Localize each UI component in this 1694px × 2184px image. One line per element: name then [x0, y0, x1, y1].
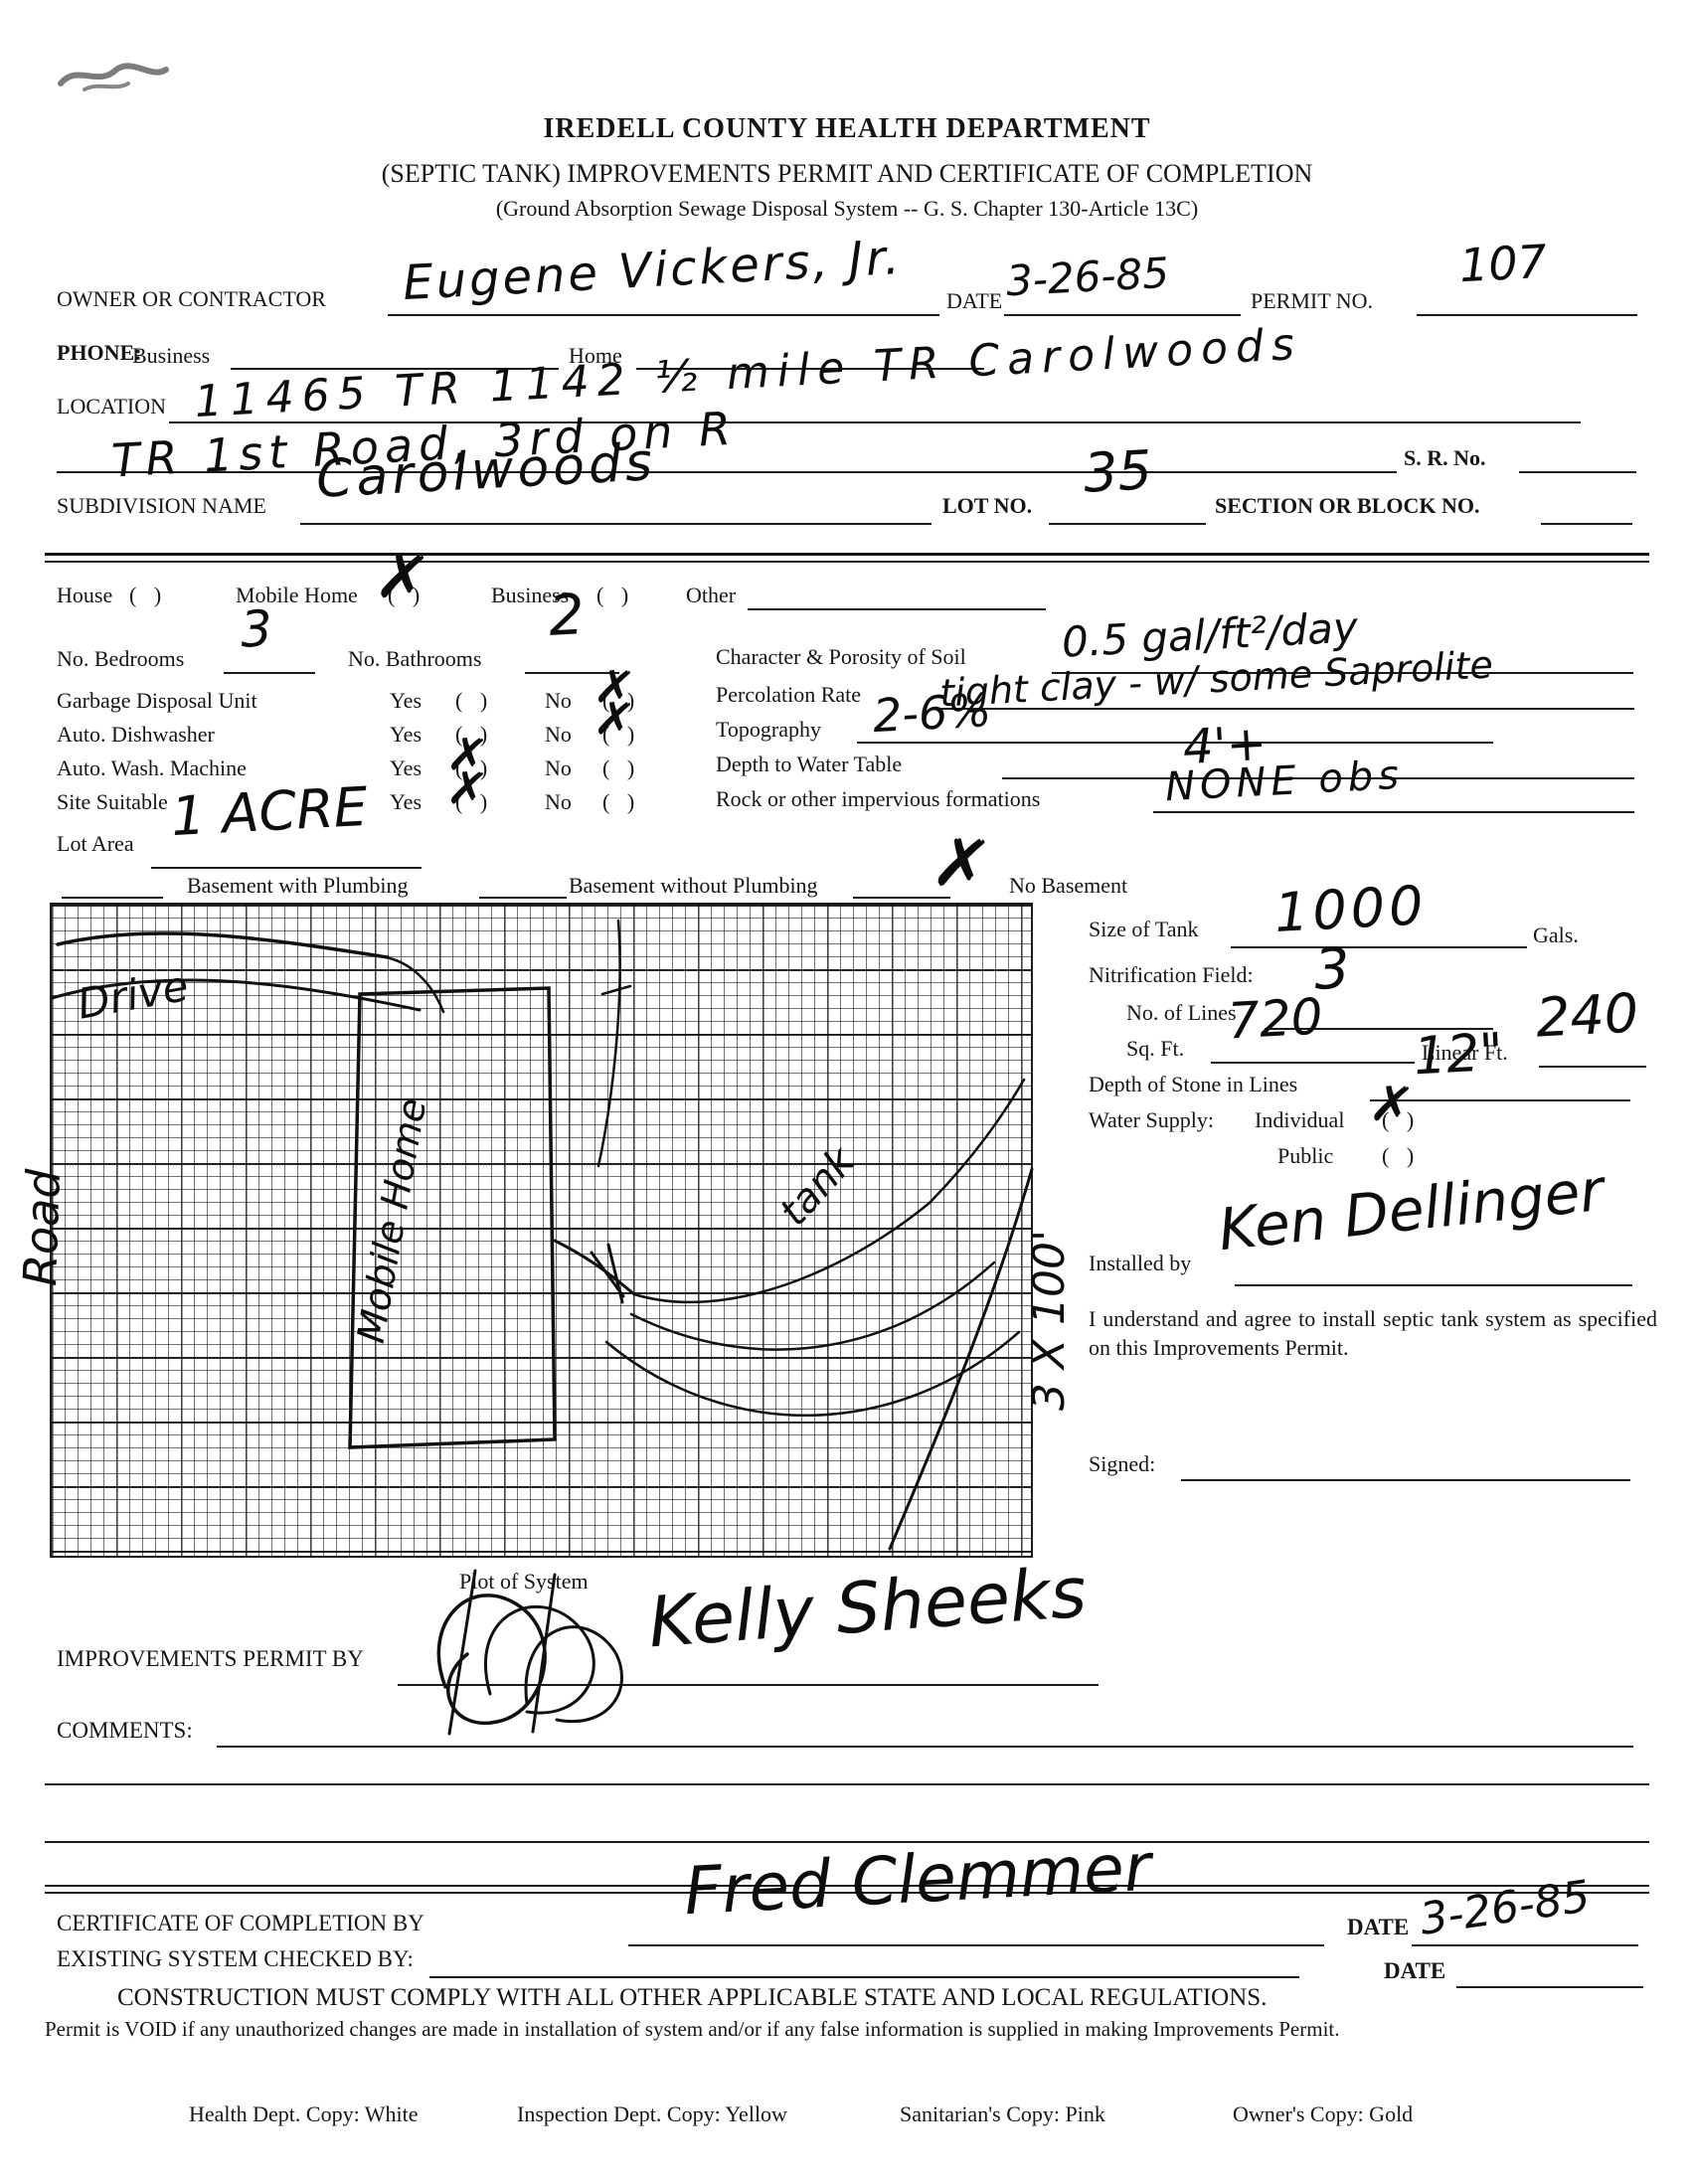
- phone-business-label: Business: [132, 343, 210, 369]
- no-basement-label: No Basement: [1009, 873, 1127, 899]
- appliance-label: Garbage Disposal Unit: [57, 688, 257, 714]
- no-label: No: [545, 756, 572, 781]
- linear-ft-value: 240: [1535, 986, 1640, 1045]
- sq-ft-value: 720: [1227, 992, 1324, 1047]
- stone-depth-label: Depth of Stone in Lines: [1089, 1072, 1297, 1097]
- existing-date-line: [1456, 1986, 1643, 1988]
- no-of-lines-label: No. of Lines: [1126, 1000, 1237, 1026]
- soil-label: Rock or other impervious formations: [716, 786, 1040, 812]
- tank-size-line: [1231, 946, 1527, 948]
- no-label: No: [545, 688, 572, 714]
- completion-by-line: [628, 1944, 1324, 1946]
- usage-other-line: [748, 608, 1046, 610]
- tank-size-label: Size of Tank: [1089, 917, 1198, 942]
- water-public-label: Public: [1277, 1143, 1333, 1169]
- soil-line: [857, 742, 1493, 744]
- plot-sketch: Drive Mobile Home tank 3 X 100': [50, 903, 1094, 1554]
- no-checkbox: ( ): [602, 789, 640, 815]
- usage-house-label: House: [57, 583, 112, 608]
- lot-no-label: LOT NO.: [942, 493, 1032, 519]
- page-title: IREDELL COUNTY HEALTH DEPARTMENT: [0, 113, 1694, 145]
- completion-date-label: DATE: [1347, 1915, 1409, 1940]
- date-line: [1004, 314, 1241, 316]
- location-label: LOCATION: [57, 394, 166, 420]
- lot-no-line: [1049, 523, 1206, 525]
- water-individual-mark: ✗: [1367, 1077, 1417, 1134]
- linear-ft-line: [1539, 1066, 1646, 1068]
- soil-label: Topography: [716, 717, 821, 743]
- subdivision-label: SUBDIVISION NAME: [57, 493, 266, 519]
- compliance-statement: CONSTRUCTION MUST COMPLY WITH ALL OTHER …: [117, 1984, 1267, 2012]
- owner-label: OWNER OR CONTRACTOR: [57, 286, 326, 312]
- tank-label: tank: [771, 1137, 866, 1235]
- void-statement: Permit is VOID if any unauthorized chang…: [45, 2016, 1673, 2044]
- no-basement-mark: ✗: [928, 825, 995, 902]
- section-line: [1541, 523, 1632, 525]
- installer-agreement-text: I understand and agree to install septic…: [1089, 1304, 1657, 1362]
- sr-no-label: S. R. No.: [1404, 445, 1486, 471]
- soil-line: [1153, 811, 1634, 813]
- mobile-home-label: Mobile Home: [349, 1094, 435, 1346]
- water-public-checkbox: ( ): [1382, 1143, 1420, 1169]
- soil-value: NONE obs: [1164, 756, 1405, 808]
- blank-line: [45, 1841, 1649, 1843]
- sq-ft-label: Sq. Ft.: [1126, 1036, 1184, 1062]
- completion-by-signature: Fred Clemmer: [683, 1835, 1153, 1926]
- permit-no-line: [1417, 314, 1637, 316]
- divider-rule-2: [45, 561, 1649, 563]
- existing-date-label: DATE: [1384, 1958, 1445, 1984]
- divider-rule: [45, 553, 1649, 556]
- page-subtitle-2: (Ground Absorption Sewage Disposal Syste…: [0, 196, 1694, 222]
- soil-label: Percolation Rate: [716, 682, 861, 708]
- water-individual-label: Individual: [1255, 1107, 1344, 1133]
- phone-label: PHONE:: [57, 340, 142, 366]
- yes-label: Yes: [390, 688, 422, 714]
- stone-depth-value: 12": [1413, 1027, 1505, 1084]
- copy-note: Health Dept. Copy: White: [189, 2101, 419, 2127]
- improvements-permit-by-signature: Kelly Sheeks: [646, 1558, 1089, 1658]
- section-label: SECTION OR BLOCK NO.: [1215, 493, 1480, 519]
- owner-value: Eugene Vickers, Jr.: [402, 234, 904, 307]
- copy-note: Sanitarian's Copy: Pink: [900, 2101, 1105, 2127]
- yes-label: Yes: [390, 722, 422, 748]
- gals-label: Gals.: [1533, 923, 1579, 948]
- improvements-permit-by-label: IMPROVEMENTS PERMIT BY: [57, 1646, 364, 1672]
- yes-checkbox: ( ): [455, 688, 493, 714]
- basement-with-label: Basement with Plumbing: [187, 873, 408, 899]
- date-value: 3-26-85: [1005, 252, 1170, 303]
- signed-line: [1181, 1479, 1630, 1481]
- subdivision-line: [300, 523, 932, 525]
- no-label: No: [545, 722, 572, 748]
- sq-ft-line: [1211, 1062, 1415, 1064]
- tank-size-value: 1000: [1273, 879, 1429, 940]
- installed-by-signature: Ken Dellinger: [1216, 1161, 1607, 1259]
- scanned-permit-form: IREDELL COUNTY HEALTH DEPARTMENT (SEPTIC…: [0, 0, 1694, 2184]
- date-label: DATE: [946, 288, 1002, 314]
- blank-line: [45, 1783, 1649, 1785]
- signed-label: Signed:: [1089, 1451, 1155, 1477]
- usage-house-checkbox: ( ): [129, 583, 167, 608]
- existing-system-line: [429, 1976, 1299, 1978]
- appliance-label: Auto. Wash. Machine: [57, 756, 247, 781]
- page-subtitle: (SEPTIC TANK) IMPROVEMENTS PERMIT AND CE…: [0, 159, 1694, 189]
- no-label: No: [545, 789, 572, 815]
- bathrooms-label: No. Bathrooms: [348, 646, 481, 672]
- bedrooms-line: [224, 672, 315, 674]
- lot-no-value: 35: [1083, 443, 1153, 501]
- scribbled-signature: [406, 1563, 654, 1737]
- comments-label: COMMENTS:: [57, 1718, 193, 1744]
- yes-label: Yes: [390, 756, 422, 781]
- soil-value: 2-6%: [872, 687, 992, 739]
- bathrooms-value: 2: [548, 588, 587, 645]
- subdivision-value: Carolwoods: [315, 436, 657, 506]
- copy-note: Owner's Copy: Gold: [1233, 2101, 1413, 2127]
- owner-line: [388, 314, 939, 316]
- appliance-label: Site Suitable: [57, 789, 168, 815]
- usage-other-label: Other: [686, 583, 736, 608]
- lot-area-line: [151, 867, 422, 869]
- yes-label: Yes: [390, 789, 422, 815]
- lot-area-value: 1 ACRE: [170, 780, 369, 844]
- basement-without-label: Basement without Plumbing: [569, 873, 818, 899]
- completion-date-line: [1412, 1944, 1638, 1946]
- soil-label: Character & Porosity of Soil: [716, 644, 966, 670]
- installed-by-label: Installed by: [1089, 1251, 1191, 1276]
- permit-no-label: PERMIT NO.: [1251, 288, 1373, 314]
- usage-mobile-home-mark: ✗: [372, 544, 433, 614]
- bedrooms-label: No. Bedrooms: [57, 646, 184, 672]
- scan-smudge: [55, 56, 174, 95]
- copy-note: Inspection Dept. Copy: Yellow: [517, 2101, 787, 2127]
- installed-by-line: [1235, 1284, 1632, 1286]
- lines-count-label: 3 X 100': [1024, 1230, 1075, 1411]
- appliance-label: Auto. Dishwasher: [57, 722, 215, 748]
- basement-without-line: [479, 897, 567, 899]
- nitrification-label: Nitrification Field:: [1089, 962, 1254, 988]
- yes-mark: ✗: [444, 762, 491, 815]
- lot-area-label: Lot Area: [57, 831, 134, 857]
- soil-label: Depth to Water Table: [716, 752, 902, 777]
- no-mark: ✗: [592, 693, 638, 746]
- comments-line: [217, 1746, 1633, 1748]
- permit-no-value: 107: [1458, 239, 1548, 289]
- usage-business-checkbox: ( ): [596, 583, 634, 608]
- existing-system-label: EXISTING SYSTEM CHECKED BY:: [57, 1946, 414, 1972]
- completion-by-label: CERTIFICATE OF COMPLETION BY: [57, 1911, 424, 1936]
- location-value-1: 11465 TR 1142 ½ mile TR Carolwoods: [194, 323, 1303, 424]
- bedrooms-value: 3: [240, 603, 273, 655]
- drive-label: Drive: [74, 961, 192, 1029]
- water-supply-label: Water Supply:: [1089, 1107, 1214, 1133]
- basement-with-line: [62, 897, 163, 899]
- no-checkbox: ( ): [602, 756, 640, 781]
- sr-no-line: [1519, 471, 1636, 473]
